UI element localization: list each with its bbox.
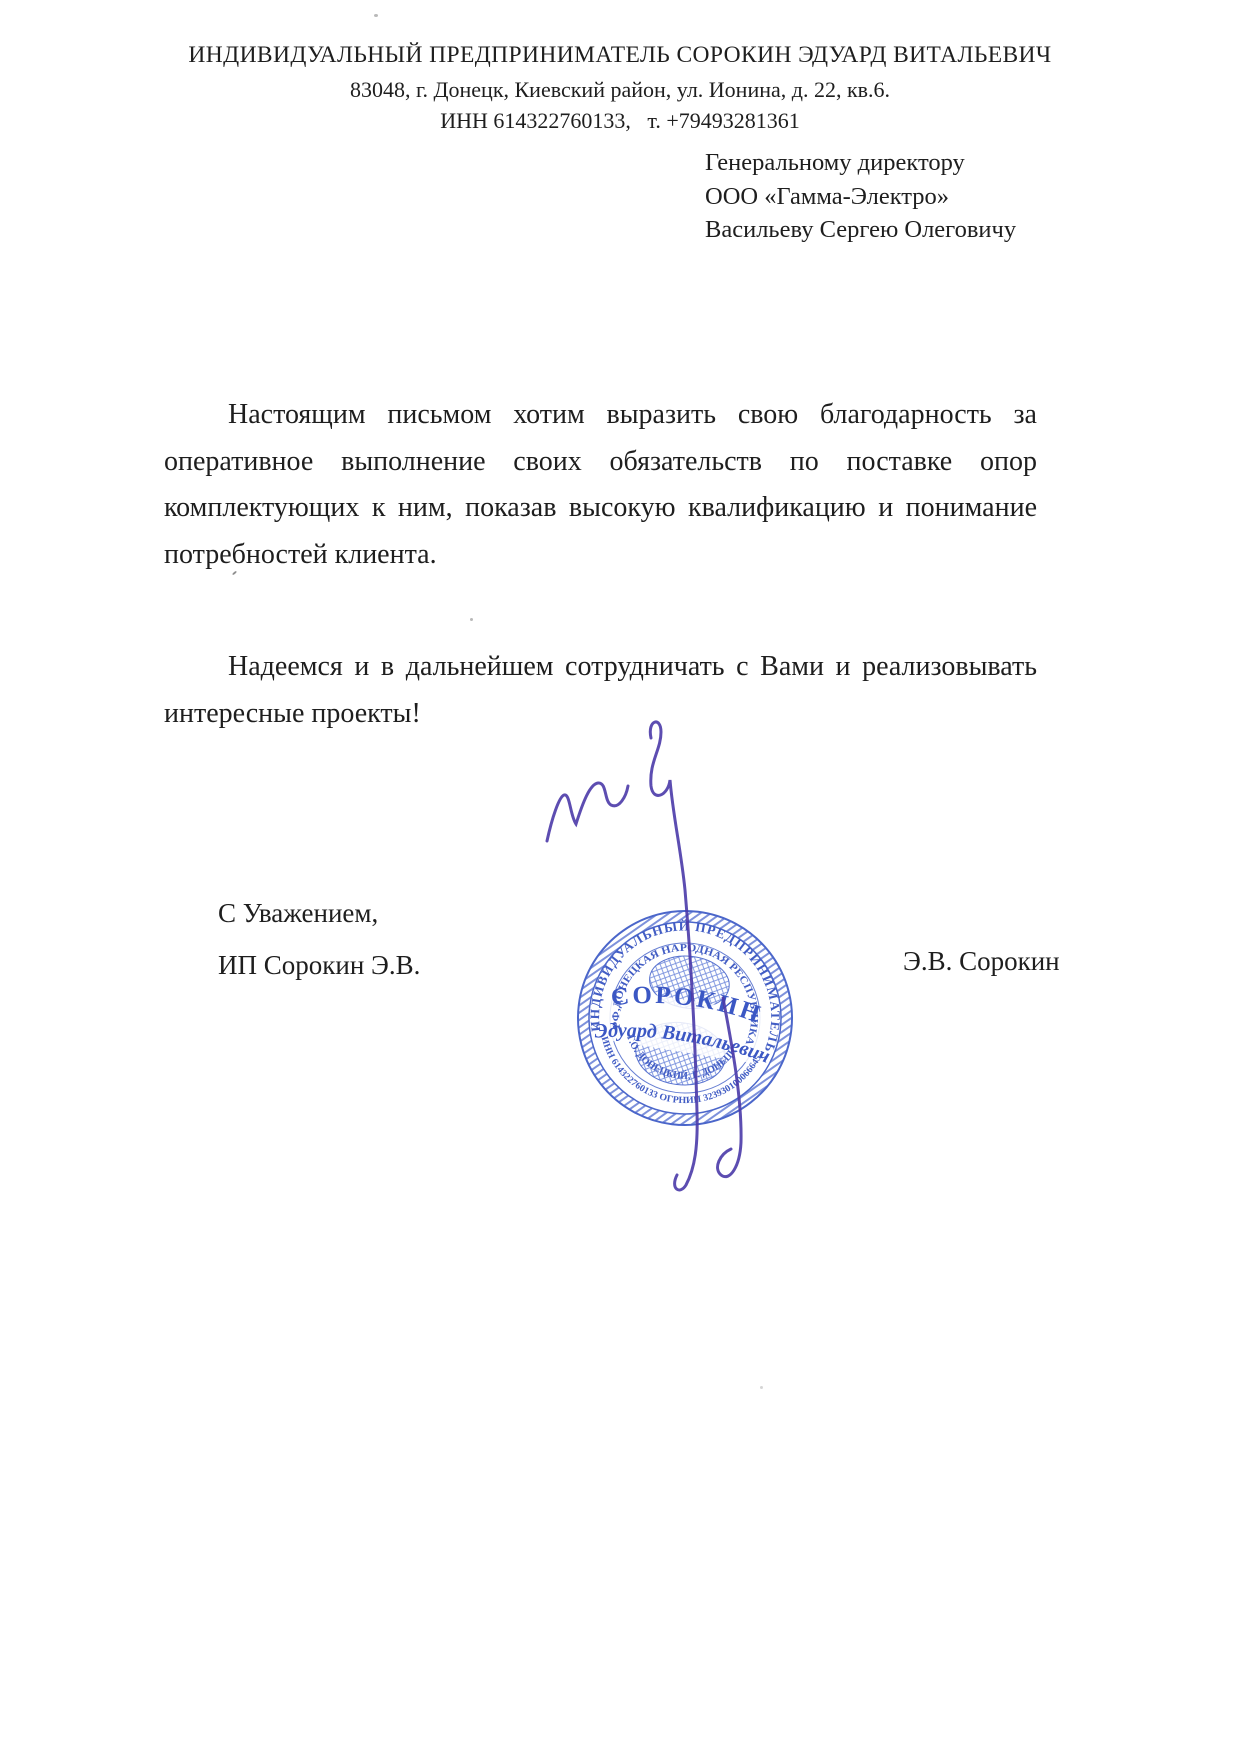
signer-name-left: ИП Сорокин Э.В. <box>218 950 420 981</box>
body-line: оперативное выполнение своих обязательст… <box>164 439 1037 486</box>
scan-speck <box>374 14 378 17</box>
scanned-letter-page: ИНДИВИДУАЛЬНЫЙ ПРЕДПРИНИМАТЕЛЬ СОРОКИН Э… <box>0 0 1240 1754</box>
company-address: 83048, г. Донецк, Киевский район, ул. Ио… <box>0 77 1240 103</box>
signer-name-right: Э.В. Сорокин <box>903 946 1060 977</box>
body-line: Настоящим письмом хотим выразить свою бл… <box>164 392 1037 439</box>
recipient-person: Васильеву Сергею Олеговичу <box>705 213 1016 247</box>
body-line: Надеемся и в дальнейшем сотрудничать с В… <box>164 644 1037 691</box>
stamp-graphic: ИНДИВИДУАЛЬНЫЙ ПРЕДПРИНИМАТЕЛЬ РФ,ДОНЕЦК… <box>566 899 804 1137</box>
closing-phrase: С Уважением, <box>218 898 378 929</box>
company-contacts: ИНН 614322760133, т. +79493281361 <box>0 108 1240 134</box>
recipient-block: Генеральному директору ООО «Гамма-Электр… <box>705 146 1016 247</box>
letter-body: Настоящим письмом хотим выразить свою бл… <box>164 392 1037 737</box>
recipient-company: ООО «Гамма-Электро» <box>705 180 1016 214</box>
letterhead: ИНДИВИДУАЛЬНЫЙ ПРЕДПРИНИМАТЕЛЬ СОРОКИН Э… <box>0 42 1240 134</box>
paragraph-1: Настоящим письмом хотим выразить свою бл… <box>164 392 1037 578</box>
scan-speck <box>470 618 473 621</box>
recipient-position: Генеральному директору <box>705 146 1016 180</box>
stamp-and-signature: ИНДИВИДУАЛЬНЫЙ ПРЕДПРИНИМАТЕЛЬ РФ,ДОНЕЦК… <box>500 698 830 1218</box>
body-line: комплектующих к ним, показав высокую ква… <box>164 485 1037 532</box>
company-name: ИНДИВИДУАЛЬНЫЙ ПРЕДПРИНИМАТЕЛЬ СОРОКИН Э… <box>0 42 1240 69</box>
signature-stroke-flourish <box>547 783 628 841</box>
scan-speck <box>760 1386 763 1389</box>
body-line: потребностей клиента. <box>164 532 1037 579</box>
